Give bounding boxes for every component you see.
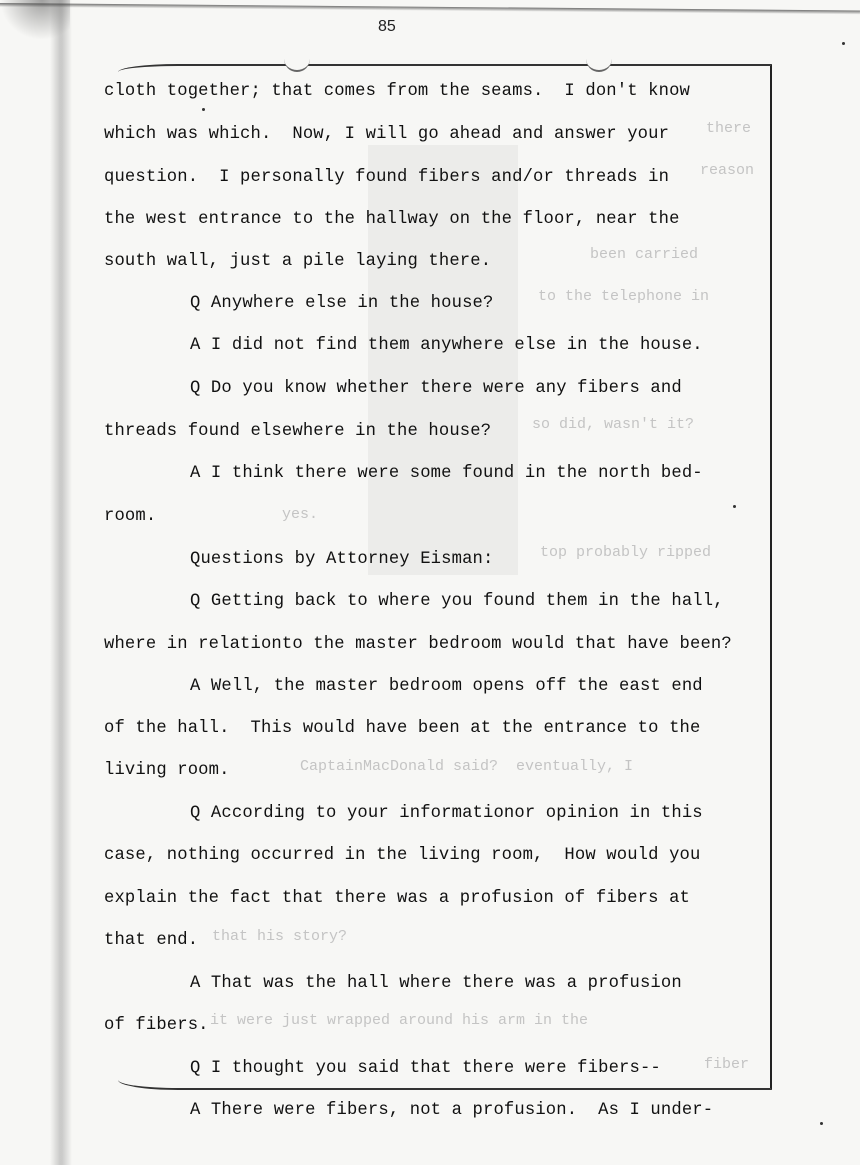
bleed-through-text: top probably ripped: [540, 544, 711, 561]
transcript-answer: A Well, the master bedroom opens off the…: [190, 677, 703, 696]
transcript-question: Q Getting back to where you found them i…: [190, 592, 724, 611]
bleed-through-text: to the telephone in: [538, 288, 709, 305]
bleed-through-text: so did, wasn't it?: [532, 416, 694, 433]
bleed-through-text: there: [706, 120, 751, 137]
transcript-line: case, nothing occurred in the living roo…: [104, 846, 700, 865]
transcript-answer: A There were fibers, not a profusion. As…: [190, 1101, 713, 1120]
transcript-question: Q According to your informationor opinio…: [190, 804, 703, 823]
transcript-question: Q I thought you said that there were fib…: [190, 1059, 661, 1078]
bleed-through-text: reason: [700, 162, 754, 179]
transcript-line: of fibers.: [104, 1016, 209, 1035]
scan-speck: [202, 108, 205, 111]
transcript-answer: A That was the hall where there was a pr…: [190, 974, 682, 993]
transcript-answer: A I did not find them anywhere else in t…: [190, 336, 703, 355]
transcript-line: cloth together; that comes from the seam…: [104, 82, 690, 101]
scan-speck: [733, 505, 736, 508]
transcript-line: south wall, just a pile laying there.: [104, 252, 491, 271]
transcript-line: that end.: [104, 931, 198, 950]
transcript-answer: A I think there were some found in the n…: [190, 464, 703, 483]
transcript-line: living room.: [104, 761, 230, 780]
transcript-line: explain the fact that there was a profus…: [104, 889, 690, 908]
transcript-body: there reason been carried to the telepho…: [0, 0, 860, 1165]
scan-speck: [820, 1122, 823, 1125]
bleed-through-text: been carried: [590, 246, 698, 263]
transcript-line: where in relationto the master bedroom w…: [104, 635, 732, 654]
bleed-through-text: it were just wrapped around his arm in t…: [210, 1012, 588, 1029]
bleed-through-text: yes.: [282, 506, 318, 523]
transcript-line: the west entrance to the hallway on the …: [104, 210, 680, 229]
transcript-line: question. I personally found fibers and/…: [104, 168, 669, 187]
bleed-through-text: CaptainMacDonald said? eventually, I: [300, 758, 633, 775]
transcript-line: threads found elsewhere in the house?: [104, 422, 491, 441]
bleed-through-text: that his story?: [212, 928, 347, 945]
transcript-line: which was which. Now, I will go ahead an…: [104, 125, 669, 144]
transcript-line: room.: [104, 507, 156, 526]
transcript-question: Q Do you know whether there were any fib…: [190, 379, 682, 398]
transcript-question: Q Anywhere else in the house?: [190, 294, 493, 313]
scan-speck: [842, 42, 845, 45]
bleed-through-text: fiber: [704, 1056, 749, 1073]
examiner-heading: Questions by Attorney Eisman:: [190, 550, 493, 569]
transcript-line: of the hall. This would have been at the…: [104, 719, 700, 738]
